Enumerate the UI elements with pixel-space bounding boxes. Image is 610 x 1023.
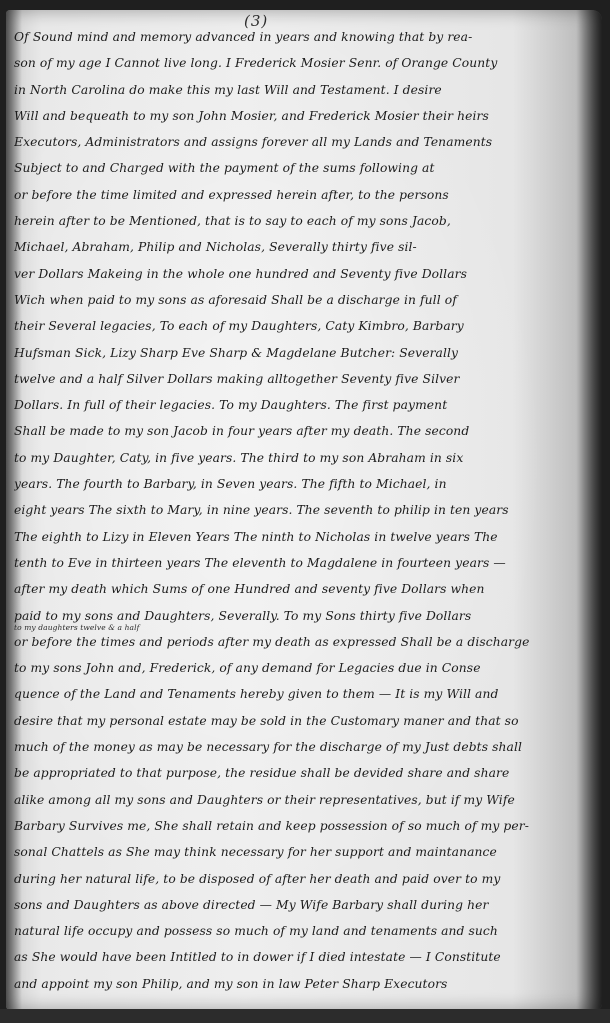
manuscript-line: sons and Daughters as above directed — M… (14, 892, 589, 918)
manuscript-line: Wich when paid to my sons as aforesaid S… (14, 287, 589, 313)
manuscript-line: son of my age I Cannot live long. I Fred… (14, 50, 589, 76)
manuscript-line: Will and bequeath to my son John Mosier,… (14, 103, 589, 129)
manuscript-line: and appoint my son Philip, and my son in… (14, 971, 589, 997)
manuscript-line: paid to my sons and Daughters, Severally… (14, 603, 589, 629)
manuscript-line: Michael, Abraham, Philip and Nicholas, S… (14, 234, 589, 260)
manuscript-line: ver Dollars Makeing in the whole one hun… (14, 261, 589, 287)
manuscript-line: eight years The sixth to Mary, in nine y… (14, 497, 589, 523)
manuscript-line: years. The fourth to Barbary, in Seven y… (14, 471, 589, 497)
manuscript-line: Executors, Administrators and assigns fo… (14, 129, 589, 155)
handwritten-text-body: Of Sound mind and memory advanced in yea… (14, 24, 594, 997)
manuscript-line: as She would have been Intitled to in do… (14, 944, 589, 970)
manuscript-line: twelve and a half Silver Dollars making … (14, 366, 589, 392)
scan-bottom-border (0, 1009, 610, 1023)
manuscript-line: Barbary Survives me, She shall retain an… (14, 813, 589, 839)
manuscript-line: in North Carolina do make this my last W… (14, 77, 589, 103)
manuscript-line: be appropriated to that purpose, the res… (14, 760, 589, 786)
manuscript-line: or before the times and periods after my… (14, 629, 589, 655)
manuscript-page: (3) Of Sound mind and memory advanced in… (6, 10, 602, 1010)
manuscript-line: sonal Chattels as She may think necessar… (14, 839, 589, 865)
manuscript-line: natural life occupy and possess so much … (14, 918, 589, 944)
manuscript-line: during her natural life, to be disposed … (14, 866, 589, 892)
manuscript-line: Dollars. In full of their legacies. To m… (14, 392, 589, 418)
manuscript-line: or before the time limited and expressed… (14, 182, 589, 208)
manuscript-line: after my death which Sums of one Hundred… (14, 576, 589, 602)
manuscript-line: much of the money as may be necessary fo… (14, 734, 589, 760)
manuscript-line: Shall be made to my son Jacob in four ye… (14, 418, 589, 444)
manuscript-line: Hufsman Sick, Lizy Sharp Eve Sharp & Mag… (14, 340, 589, 366)
manuscript-line: The eighth to Lizy in Eleven Years The n… (14, 524, 589, 550)
manuscript-line: tenth to Eve in thirteen years The eleve… (14, 550, 589, 576)
manuscript-line: alike among all my sons and Daughters or… (14, 787, 589, 813)
document-scan: (3) Of Sound mind and memory advanced in… (0, 0, 610, 1023)
manuscript-line: to my sons John and, Frederick, of any d… (14, 655, 589, 681)
manuscript-line: their Several legacies, To each of my Da… (14, 313, 589, 339)
manuscript-line: quence of the Land and Tenaments hereby … (14, 681, 589, 707)
manuscript-line: Subject to and Charged with the payment … (14, 155, 589, 181)
manuscript-line: desire that my personal estate may be so… (14, 708, 589, 734)
manuscript-line: herein after to be Mentioned, that is to… (14, 208, 589, 234)
manuscript-line: to my Daughter, Caty, in five years. The… (14, 445, 589, 471)
manuscript-line: Of Sound mind and memory advanced in yea… (14, 24, 589, 50)
